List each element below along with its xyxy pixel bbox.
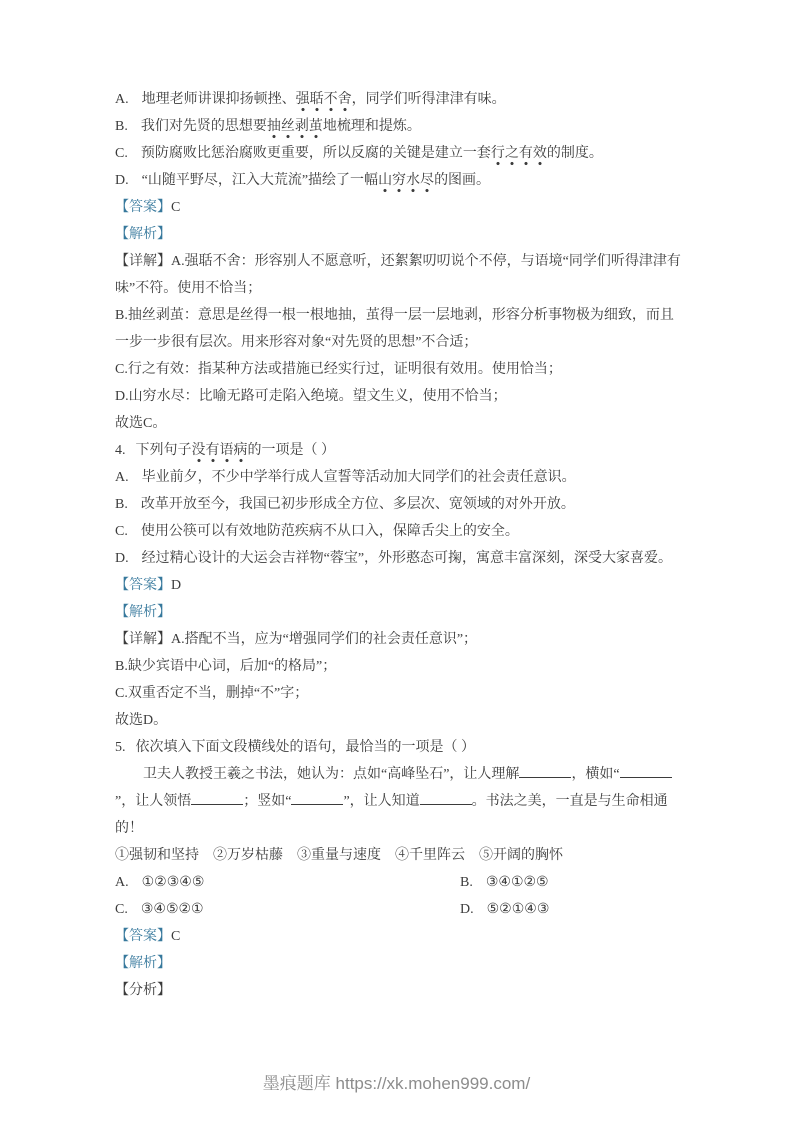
detail-label: 【分析】	[115, 983, 171, 998]
emphasized-phrase: 没有语病	[192, 443, 248, 463]
q5-answer-line: 【答案】C	[115, 923, 681, 950]
q4-title: 4.下列句子没有语病的一项是（ ）	[115, 437, 681, 464]
fill-blank	[420, 791, 472, 805]
passage-text: 卫夫人教授王羲之书法，她认为：点如“高峰坠石”，让人理解	[143, 767, 519, 782]
fill-blank	[519, 764, 571, 778]
question-number: 5.	[115, 740, 126, 755]
option-label: B.	[115, 119, 128, 134]
q3-analysis-label-line: 【解析】	[115, 221, 681, 248]
option-text: 经过精心设计的大运会吉祥物“蓉宝”，外形憨态可掬，寓意丰富深刻，深受大家喜爱。	[142, 551, 672, 566]
option-label: D.	[115, 173, 129, 188]
option-text: 毕业前夕，不少中学举行成人宣誓等活动加大同学们的社会责任意识。	[142, 470, 576, 485]
q4-option-a: A.毕业前夕，不少中学举行成人宣誓等活动加大同学们的社会责任意识。	[115, 464, 681, 491]
option-label: A.	[115, 470, 129, 485]
q3-conclusion: 故选C。	[115, 410, 681, 437]
q4-detail-paragraph: B.缺少宾语中心词，后加“的格局”；	[115, 653, 681, 680]
answer-label: 【答案】	[115, 200, 171, 215]
document-page: A.地理老师讲课抑扬顿挫、强聒不舍，同学们听得津津有味。 B.我们对先贤的思想要…	[0, 0, 793, 1122]
fill-blank	[620, 764, 672, 778]
q5-analysis-label-line: 【解析】	[115, 950, 681, 977]
option-label: B.	[460, 875, 473, 890]
question-3-block: A.地理老师讲课抑扬顿挫、强聒不舍，同学们听得津津有味。 B.我们对先贤的思想要…	[115, 86, 681, 437]
option-text: 的图画。	[434, 173, 490, 188]
q3-option-a: A.地理老师讲课抑扬顿挫、强聒不舍，同学们听得津津有味。	[115, 86, 681, 113]
passage-text: ，横如“	[571, 767, 619, 782]
passage-text: ”，让人知道	[343, 794, 419, 809]
option-text: ⑤②①④③	[487, 902, 550, 917]
option-text: 预防腐败比惩治腐败更重要，所以反腐的关键是建立一套	[141, 146, 491, 161]
option-label: C.	[115, 524, 128, 539]
q3-answer-line: 【答案】C	[115, 194, 681, 221]
q4-answer-line: 【答案】D	[115, 572, 681, 599]
q3-detail-paragraph: B.抽丝剥茧：意思是丝得一根一根地抽，茧得一层一层地剥，形容分析事物极为细致，而…	[115, 302, 681, 356]
q3-option-c: C.预防腐败比惩治腐败更重要，所以反腐的关键是建立一套行之有效的制度。	[115, 140, 681, 167]
option-text: 地理老师讲课抑扬顿挫、	[142, 92, 296, 107]
option-label: D.	[460, 902, 474, 917]
q4-analysis-label-line: 【解析】	[115, 599, 681, 626]
title-text: 下列句子	[136, 443, 192, 458]
option-text: 地梳理和提炼。	[323, 119, 421, 134]
option-text: 我们对先贤的思想要	[141, 119, 267, 134]
option-label: C.	[115, 902, 128, 917]
option-text: 改革开放至今，我国已初步形成全方位、多层次、宽领域的对外开放。	[141, 497, 575, 512]
title-text: 依次填入下面文段横线处的语句，最恰当的一项是（ ）	[136, 740, 476, 755]
option-label: A.	[115, 92, 129, 107]
analysis-label: 【解析】	[115, 227, 171, 242]
option-label: B.	[115, 497, 128, 512]
option-label: A.	[115, 875, 129, 890]
q3-option-b: B.我们对先贤的思想要抽丝剥茧地梳理和提炼。	[115, 113, 681, 140]
q3-option-d: D.“山随平野尽，江入大荒流”描绘了一幅山穷水尽的图画。	[115, 167, 681, 194]
answer-value: C	[171, 929, 180, 944]
exam-content: A.地理老师讲课抑扬顿挫、强聒不舍，同学们听得津津有味。 B.我们对先贤的思想要…	[115, 86, 681, 1004]
q4-conclusion: 故选D。	[115, 707, 681, 734]
q5-options-grid: A.①②③④⑤ B.③④①②⑤ C.③④⑤②① D.⑤②①④③	[115, 869, 681, 923]
option-text: 使用公筷可以有效地防范疾病不从口入，保障舌尖上的安全。	[141, 524, 519, 539]
option-text: “山随平野尽，江入大荒流”描绘了一幅	[142, 173, 378, 188]
option-text: ，同学们听得津津有味。	[352, 92, 506, 107]
fill-blank	[191, 791, 243, 805]
title-text: 的一项是（ ）	[248, 443, 336, 458]
analysis-label: 【解析】	[115, 956, 171, 971]
q4-option-b: B.改革开放至今，我国已初步形成全方位、多层次、宽领域的对外开放。	[115, 491, 681, 518]
emphasized-idiom: 强聒不舍	[296, 92, 352, 112]
q4-option-d: D.经过精心设计的大运会吉祥物“蓉宝”，外形憨态可掬，寓意丰富深刻，深受大家喜爱…	[115, 545, 681, 572]
q3-detail-paragraph: C.行之有效：指某种方法或措施已经实行过，证明很有效用。使用恰当；	[115, 356, 681, 383]
q5-option-b: B.③④①②⑤	[460, 869, 681, 896]
q5-passage: 卫夫人教授王羲之书法，她认为：点如“高峰坠石”，让人理解，横如“”，让人领悟；竖…	[115, 761, 681, 842]
answer-label: 【答案】	[115, 929, 171, 944]
q5-option-a: A.①②③④⑤	[115, 869, 460, 896]
q4-option-c: C.使用公筷可以有效地防范疾病不从口入，保障舌尖上的安全。	[115, 518, 681, 545]
answer-value: C	[171, 200, 180, 215]
q4-detail-paragraph: C.双重否定不当，删掉“不”字；	[115, 680, 681, 707]
emphasized-idiom: 山穷水尽	[378, 173, 434, 193]
passage-text: ；竖如“	[243, 794, 291, 809]
question-4-block: 4.下列句子没有语病的一项是（ ） A.毕业前夕，不少中学举行成人宣誓等活动加大…	[115, 437, 681, 734]
q5-title: 5.依次填入下面文段横线处的语句，最恰当的一项是（ ）	[115, 734, 681, 761]
q4-detail-paragraph: 【详解】A.搭配不当，应为“增强同学们的社会责任意识”；	[115, 626, 681, 653]
option-label: C.	[115, 146, 128, 161]
q3-detail-paragraph: D.山穷水尽：比喻无路可走陷入绝境。望文生义，使用不恰当；	[115, 383, 681, 410]
option-text: ③④①②⑤	[486, 875, 549, 890]
analysis-label: 【解析】	[115, 605, 171, 620]
q3-detail-paragraph: 【详解】A.强聒不舍：形容别人不愿意听，还絮絮叨叨说个不停，与语境“同学们听得津…	[115, 248, 681, 302]
q5-detail-label-line: 【分析】	[115, 977, 681, 1004]
option-text: ①②③④⑤	[142, 875, 205, 890]
emphasized-idiom: 抽丝剥茧	[267, 119, 323, 139]
answer-value: D	[171, 578, 181, 593]
option-label: D.	[115, 551, 129, 566]
option-text: 的制度。	[547, 146, 603, 161]
question-number: 4.	[115, 443, 126, 458]
q5-option-d: D.⑤②①④③	[460, 896, 681, 923]
passage-text: ”，让人领悟	[115, 794, 191, 809]
fill-blank	[291, 791, 343, 805]
option-text: ③④⑤②①	[141, 902, 204, 917]
answer-label: 【答案】	[115, 578, 171, 593]
emphasized-idiom: 行之有效	[491, 146, 547, 166]
q5-option-c: C.③④⑤②①	[115, 896, 460, 923]
q5-numbered-items: ①强韧和坚持 ②万岁枯藤 ③重量与速度 ④千里阵云 ⑤开阔的胸怀	[115, 842, 681, 869]
question-5-block: 5.依次填入下面文段横线处的语句，最恰当的一项是（ ） 卫夫人教授王羲之书法，她…	[115, 734, 681, 1004]
watermark-footer: 墨痕题库 https://xk.mohen999.com/	[0, 1069, 793, 1094]
